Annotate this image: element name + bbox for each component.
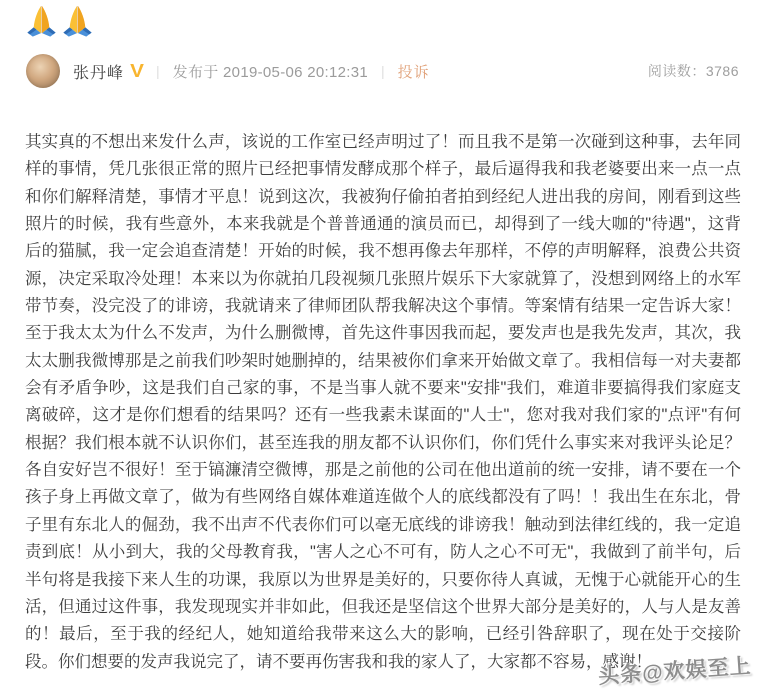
author-name[interactable]: 张丹峰 [73,60,124,83]
folded-hands-icon [60,4,95,39]
read-count: 阅读数：3786 [648,61,739,81]
publish-time: 发布于 2019-05-06 20:12:31 [173,61,368,82]
post-page: 张丹峰 V | 发布于 2019-05-06 20:12:31 | 投诉 阅读数… [0,0,765,690]
post-reactions [0,0,765,46]
folded-hands-icon [24,4,59,39]
report-link[interactable]: 投诉 [398,61,430,82]
header-divider: | [381,63,385,79]
avatar[interactable] [26,54,60,88]
post-header: 张丹峰 V | 发布于 2019-05-06 20:12:31 | 投诉 阅读数… [0,46,765,92]
header-divider: | [156,63,160,79]
post-body: 其实真的不想出来发什么声，该说的工作室已经声明过了！而且我不是第一次碰到这种事，… [25,129,741,676]
verified-badge-icon: V [130,61,144,82]
